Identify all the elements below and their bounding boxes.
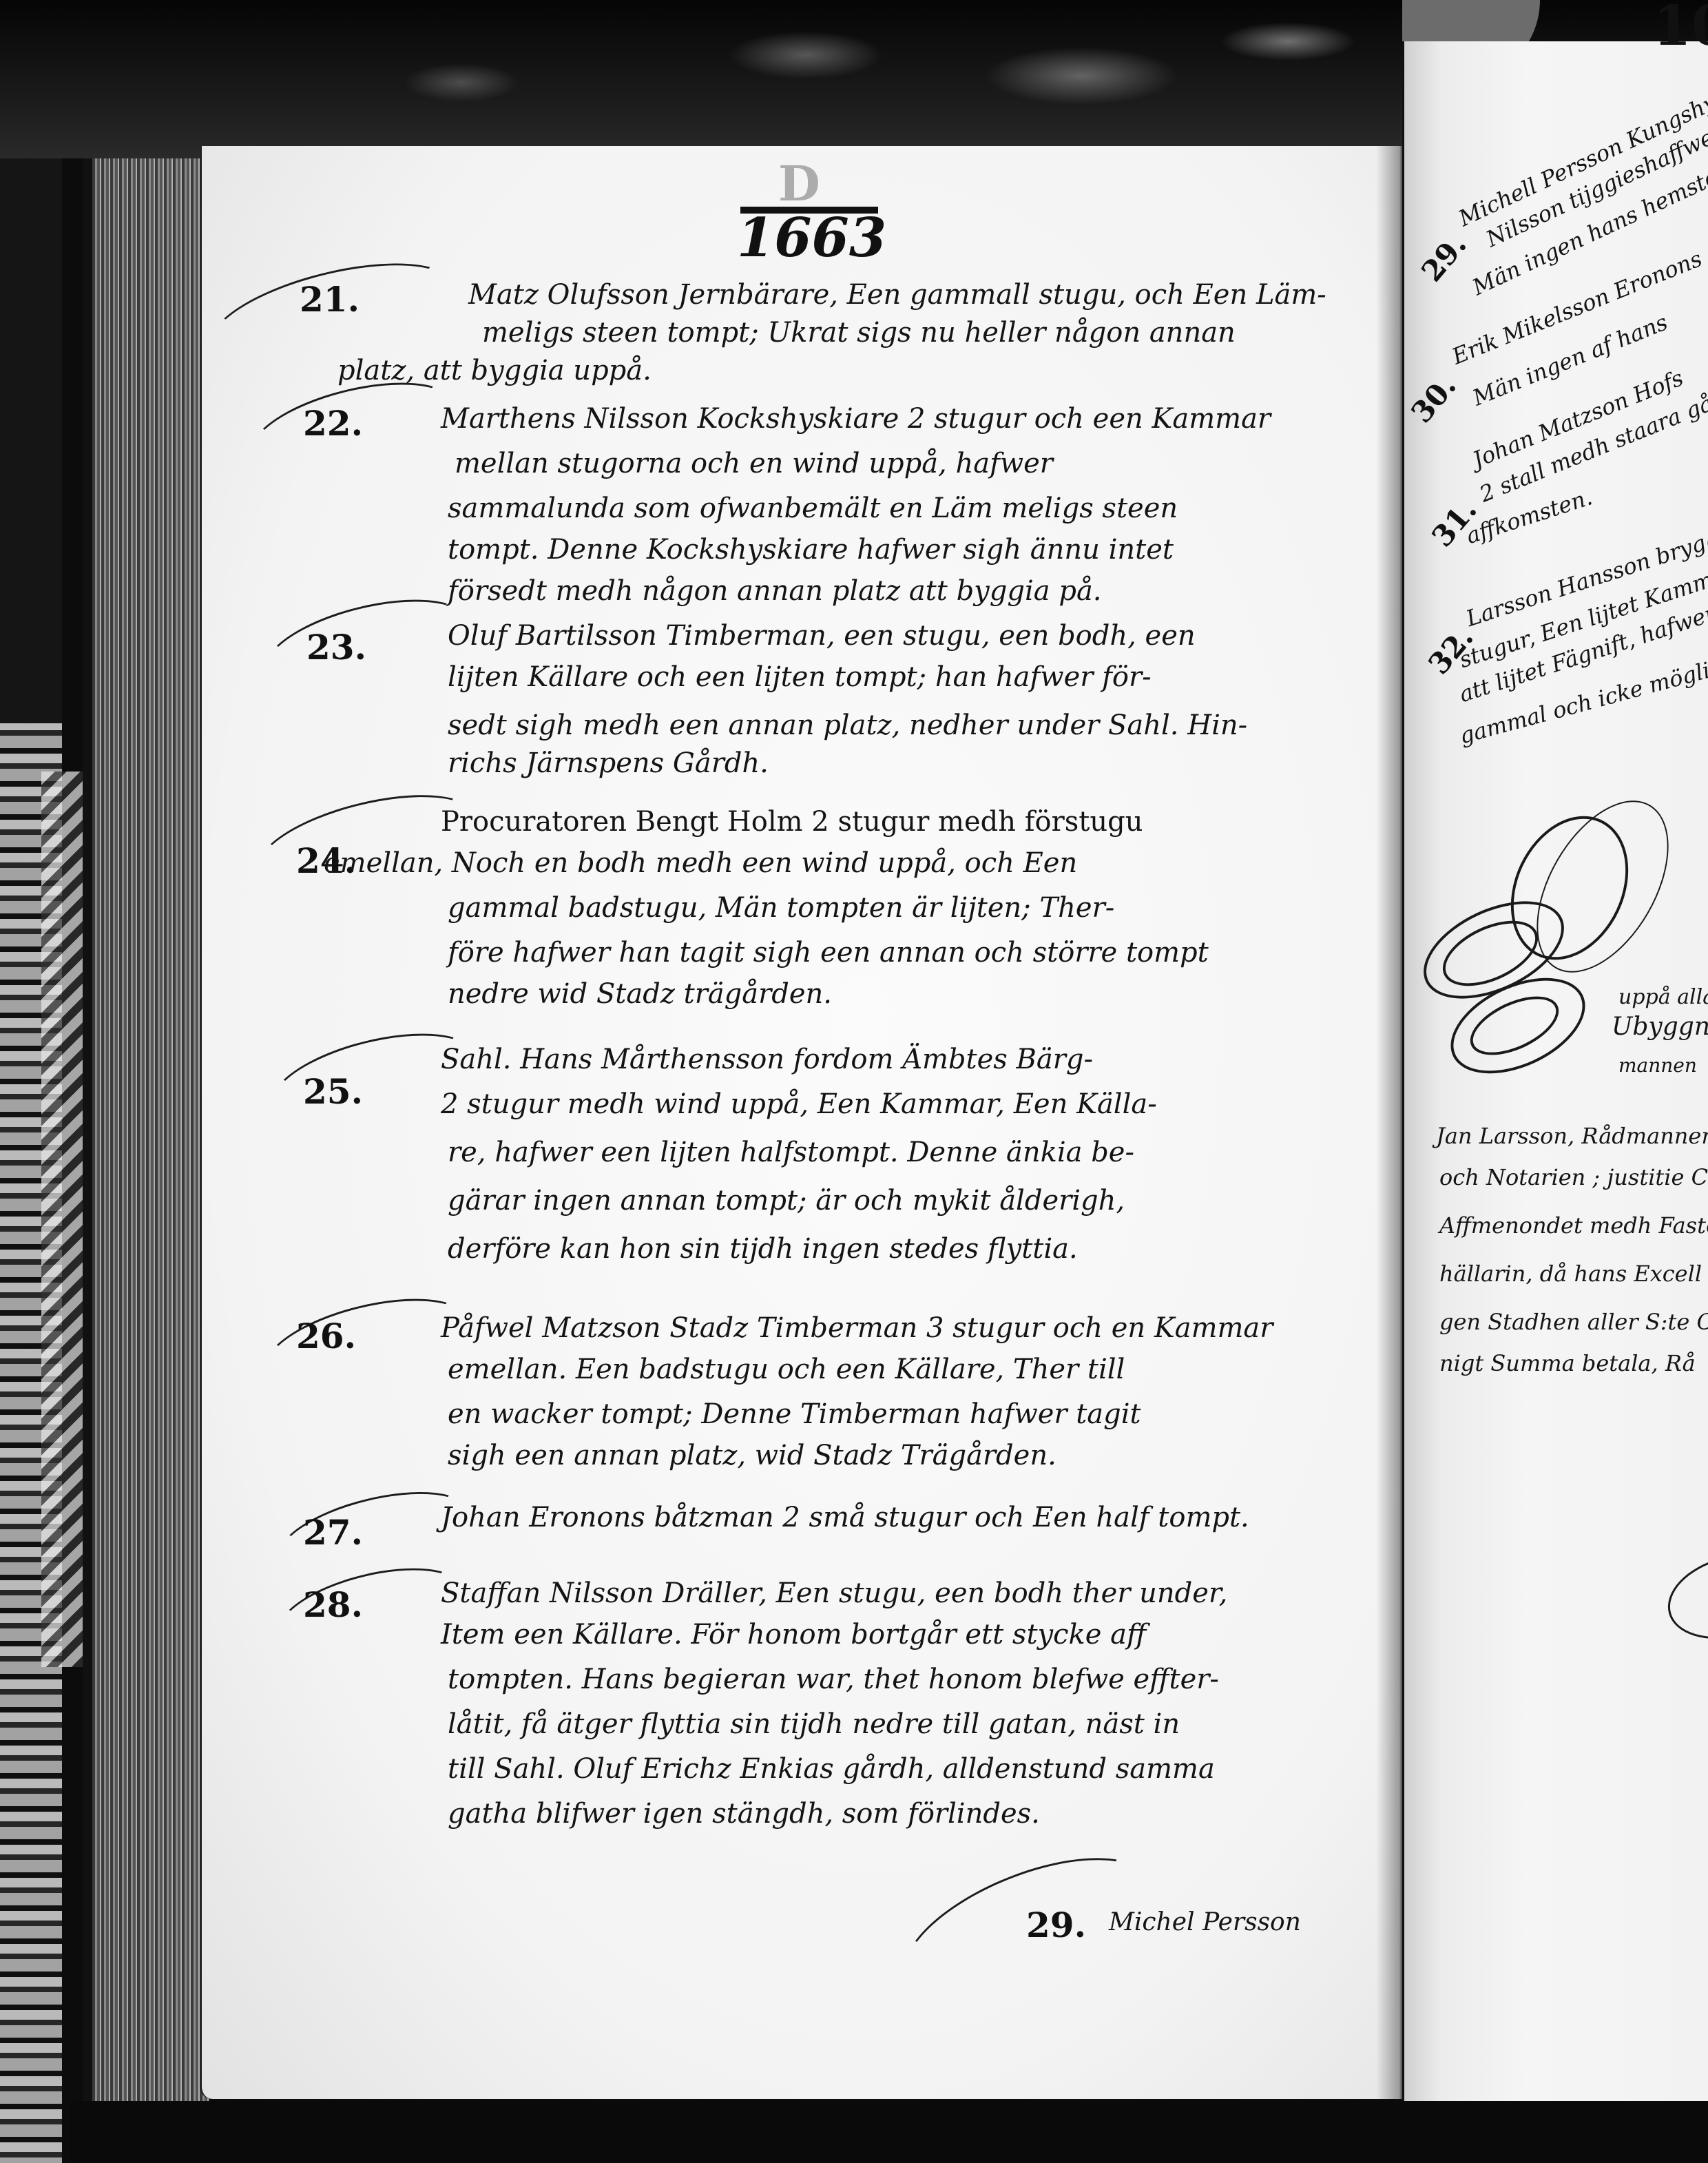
wood-shadow-left xyxy=(0,158,62,723)
entry-line: nigt Summa betala, Rå xyxy=(1439,1350,1696,1376)
entry-line: sammalunda som ofwanbemält en Läm meligs… xyxy=(448,493,1178,524)
dark-background-bottom xyxy=(69,2101,1708,2163)
folio-number: 10 xyxy=(1653,0,1708,58)
entry-line: mellan stugorna och en wind uppå, hafwer xyxy=(455,448,1053,479)
bleed-through-mark: D xyxy=(778,155,820,212)
entry-line: Ubyggn xyxy=(1612,1013,1708,1041)
entry-line: och Notarien ; justitie Co xyxy=(1439,1164,1708,1190)
entry-line: Påfwel Matzson Stadz Timberman 3 stugur … xyxy=(441,1312,1273,1344)
entry-line: Jan Larsson, Rådmannen o xyxy=(1436,1123,1708,1149)
entry-line: gammal badstugu, Män tompten är lijten; … xyxy=(448,892,1114,924)
entry-number: 26. xyxy=(296,1316,356,1356)
entry-line: en wacker tompt; Denne Timberman hafwer … xyxy=(448,1398,1141,1430)
entry-line: tompten. Hans begieran war, thet honom b… xyxy=(448,1664,1219,1695)
entry-number: 29. xyxy=(1026,1905,1086,1945)
entry-line: nedre wid Stadz trägården. xyxy=(448,978,832,1010)
entry-line: emellan. Een badstugu och een Källare, T… xyxy=(448,1354,1125,1385)
entry-line: uppå alla xyxy=(1618,985,1708,1009)
entry-line: gärar ingen annan tompt; är och mykit ål… xyxy=(448,1185,1125,1217)
entry-line: re, hafwer een lijten halfstompt. Denne … xyxy=(448,1137,1134,1168)
entry-line: sigh een annan platz, wid Stadz Trägårde… xyxy=(448,1440,1056,1471)
entry-line: Staffan Nilsson Dräller, Een stugu, een … xyxy=(441,1577,1227,1609)
entry-line: Johan Eronons båtzman 2 små stugur och E… xyxy=(441,1502,1249,1533)
entry-line: gen Stadhen aller S:te Cat xyxy=(1439,1309,1708,1335)
entry-line: Marthens Nilsson Kockshyskiare 2 stugur … xyxy=(441,403,1271,435)
entry-line: tompt. Denne Kockshyskiare hafwer sigh ä… xyxy=(448,534,1174,566)
entry-line: mannen xyxy=(1618,1054,1697,1077)
entry-number: 21. xyxy=(300,279,360,320)
entry-number: 22. xyxy=(303,403,363,444)
entry-line: meligs steen tompt; Ukrat sigs nu heller… xyxy=(482,317,1236,349)
entry-line: lijten Källare och een lijten tompt; han… xyxy=(448,661,1152,693)
entry-line: före hafwer han tagit sigh een annan och… xyxy=(448,937,1209,969)
entry-number: 23. xyxy=(306,627,366,667)
entry-line: gatha blifwer igen stängdh, som förlinde… xyxy=(448,1798,1040,1830)
entry-line: försedt medh någon annan platz att byggi… xyxy=(448,575,1102,607)
entry-number: 27. xyxy=(303,1512,363,1553)
entry-line: Item een Källare. För honom bortgår ett … xyxy=(441,1619,1146,1650)
entry-line: Matz Olufsson Jernbärare, Een gammall st… xyxy=(468,279,1326,311)
entry-line: Oluf Bartilsson Timberman, een stugu, ee… xyxy=(448,620,1196,652)
entry-line: derföre kan hon sin tijdh ingen stedes f… xyxy=(448,1233,1078,1265)
entry-line: Procuratoren Bengt Holm 2 stugur medh fö… xyxy=(441,806,1143,838)
entry-number: 25. xyxy=(303,1071,363,1112)
entry-line: låtit, få ätger flyttia sin tijdh nedre … xyxy=(448,1708,1180,1740)
gutter-shadow xyxy=(1376,146,1404,2099)
patterned-cloth xyxy=(41,772,83,1667)
entry-line: platz, att byggia uppå. xyxy=(337,355,652,386)
entry-line: 2 stugur medh wind uppå, Een Kammar, Een… xyxy=(441,1088,1157,1120)
entry-line: Sahl. Hans Mårthensson fordom Ämbtes Bär… xyxy=(441,1044,1093,1075)
entry-line: till Sahl. Oluf Erichz Enkias gårdh, all… xyxy=(448,1753,1215,1785)
entry-line: hällarin, då hans Excell xyxy=(1439,1261,1702,1287)
entry-line: Affmenondet medh Fastem xyxy=(1439,1212,1708,1239)
entry-line: richs Järnspens Gårdh. xyxy=(448,747,769,779)
entry-number: 28. xyxy=(303,1584,363,1625)
year-heading: 1663 xyxy=(737,207,886,269)
stone-texture xyxy=(324,0,1357,138)
entry-line: Michel Persson xyxy=(1109,1908,1301,1936)
entry-line: emellan, Noch en bodh medh een wind uppå… xyxy=(324,847,1077,879)
entry-line: sedt sigh medh een annan platz, nedher u… xyxy=(448,710,1247,741)
book-page-edges xyxy=(83,158,209,2101)
